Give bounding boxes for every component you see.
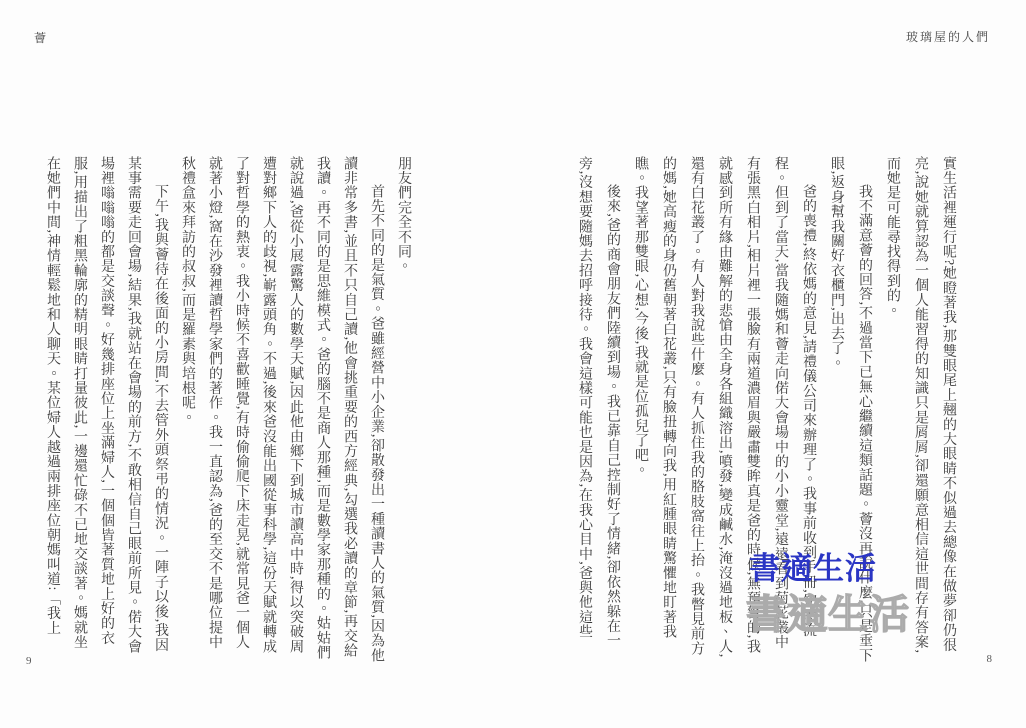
page-number-right: 8 <box>987 653 993 665</box>
paragraph: 後來,爸的商會朋友們陸續到場。我已靠自己控制好了情緒,卻依然躲在一旁,沒想要隨媽… <box>570 156 626 664</box>
paragraph: 實生活裡運行呢?她瞪著我,那雙眼尾上翹的大眼睛不似過去總像在做夢卻仍很亮,說她就… <box>878 156 962 664</box>
left-page-body-text: 朋友們完全不同。首先不同的是氣質。爸雖經營中小企業,卻散發出一種讀書人的氣質,因… <box>39 156 417 664</box>
paragraph: 朋友們完全不同。 <box>390 156 417 664</box>
paragraph: 首先不同的是氣質。爸雖經營中小企業,卻散發出一種讀書人的氣質,因為他讀非常多書,… <box>174 156 390 664</box>
book-spread: 薈 朋友們完全不同。首先不同的是氣質。爸雖經營中小企業,卻散發出一種讀書人的氣質… <box>0 0 1026 728</box>
paragraph: 我不滿意薈的回答,不過當下已無心繼續這類話題。薈沒再說什麼,只是垂下眼,返身幫我… <box>822 156 878 664</box>
running-header-book-title: 玻璃屋的人們 <box>906 28 990 45</box>
page-number-left: 9 <box>26 655 32 667</box>
running-header-chapter: 薈 <box>34 29 46 46</box>
paragraph: 下午,我與薈待在後面的小房間,不去管外頭祭弔的情況。一陣子以後,我因某事需要走回… <box>39 156 174 664</box>
page-right: 玻璃屋的人們 實生活裡運行呢?她瞪著我,那雙眼尾上翹的大眼睛不似過去總像在做夢卻… <box>513 0 1026 728</box>
paragraph: 爸的喪禮,終依媽的意見,請禮儀公司來辦理了。我事前收到手冊,知悉流程。但到了當天… <box>626 156 822 664</box>
right-page-body-text: 實生活裡運行呢?她瞪著我,那雙眼尾上翹的大眼睛不似過去總像在做夢卻仍很亮,說她就… <box>570 156 962 664</box>
page-left: 薈 朋友們完全不同。首先不同的是氣質。爸雖經營中小企業,卻散發出一種讀書人的氣質… <box>0 0 513 728</box>
